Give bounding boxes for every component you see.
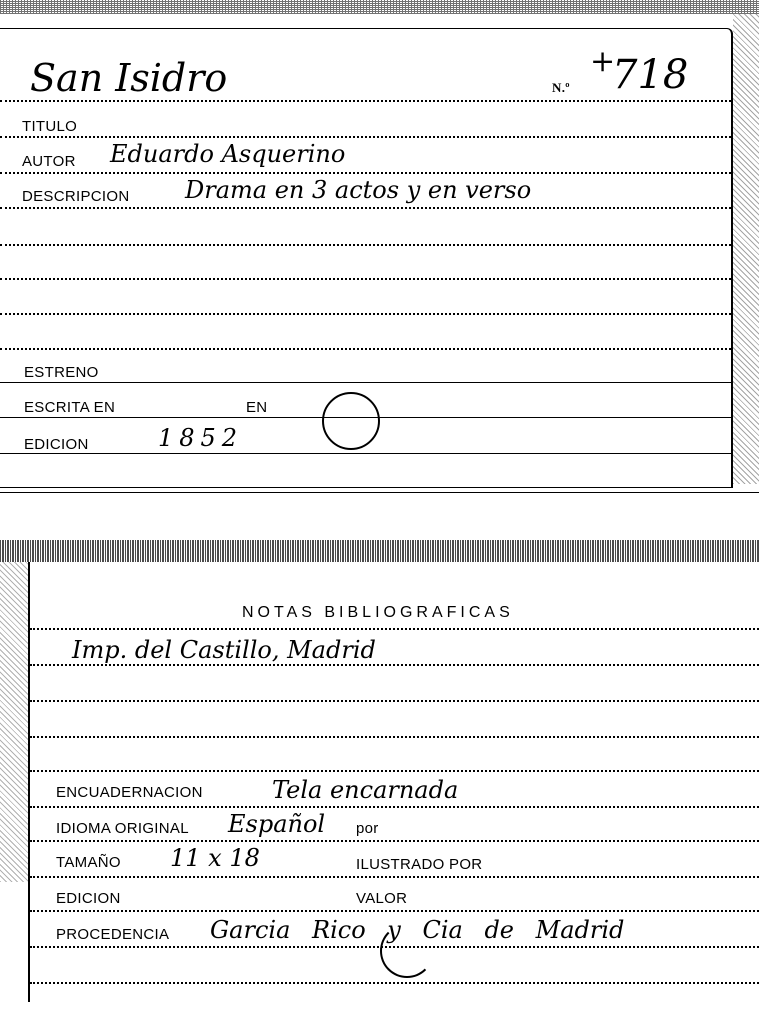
rule-line <box>30 700 759 702</box>
rule-line <box>0 313 731 315</box>
idioma-value: Español <box>228 810 325 838</box>
encuadernacion-label: ENCUADERNACION <box>56 784 203 801</box>
descripcion-value: Drama en 3 actos y en verso <box>185 176 531 204</box>
rule-line <box>0 453 731 454</box>
titulo-label: TITULO <box>22 118 77 135</box>
autor-value: Eduardo Asquerino <box>110 140 345 168</box>
rule-line <box>0 348 731 350</box>
edicion-label: EDICION <box>24 436 89 453</box>
encuadernacion-value: Tela encarnada <box>272 776 458 804</box>
stamp-circle-icon <box>322 392 380 450</box>
rule-line <box>30 876 759 878</box>
card-edge-line <box>0 492 759 493</box>
rule-line <box>30 910 759 912</box>
tamano-value: 11 x 18 <box>170 844 260 872</box>
idioma-label: IDIOMA ORIGINAL <box>56 820 189 837</box>
rule-line <box>0 382 731 383</box>
number-value: 718 <box>612 52 688 98</box>
rule-line <box>0 278 731 280</box>
title-handwritten: San Isidro <box>30 56 227 100</box>
rule-line <box>0 207 731 209</box>
scan-noise-middle <box>0 540 759 562</box>
escrita-en-label: ESCRITA EN <box>24 399 115 416</box>
scan-noise-top <box>0 0 759 14</box>
procedencia-label: PROCEDENCIA <box>56 926 169 943</box>
por-label: por <box>356 820 379 837</box>
tamano-label: TAMAÑO <box>56 854 121 871</box>
autor-label: AUTOR <box>22 153 76 170</box>
notes-heading: NOTAS BIBLIOGRAFICAS <box>242 604 514 622</box>
scan-noise-left <box>0 562 28 882</box>
ilustrado-label: ILUSTRADO POR <box>356 856 482 873</box>
rule-line <box>0 172 731 174</box>
rule-line <box>30 840 759 842</box>
rule-line <box>30 770 759 772</box>
number-label: N.º <box>552 80 570 96</box>
notes-value: Imp. del Castillo, Madrid <box>72 636 376 664</box>
valor-label: VALOR <box>356 890 407 907</box>
rule-line <box>0 100 731 102</box>
edicion-value: 1852 <box>158 424 243 452</box>
rule-line <box>30 664 759 666</box>
rule-line <box>30 628 759 630</box>
scan-noise-right <box>733 14 759 484</box>
estreno-label: ESTRENO <box>24 364 99 381</box>
en-label: EN <box>246 399 267 416</box>
descripcion-label: DESCRIPCION <box>22 188 129 205</box>
rule-line <box>0 244 731 246</box>
rule-line <box>30 946 759 948</box>
stamp-circle-icon <box>380 924 434 978</box>
rule-line <box>30 806 759 808</box>
rule-line <box>30 982 759 984</box>
edicion-back-label: EDICION <box>56 890 121 907</box>
rule-line <box>30 736 759 738</box>
rule-line <box>0 136 731 138</box>
